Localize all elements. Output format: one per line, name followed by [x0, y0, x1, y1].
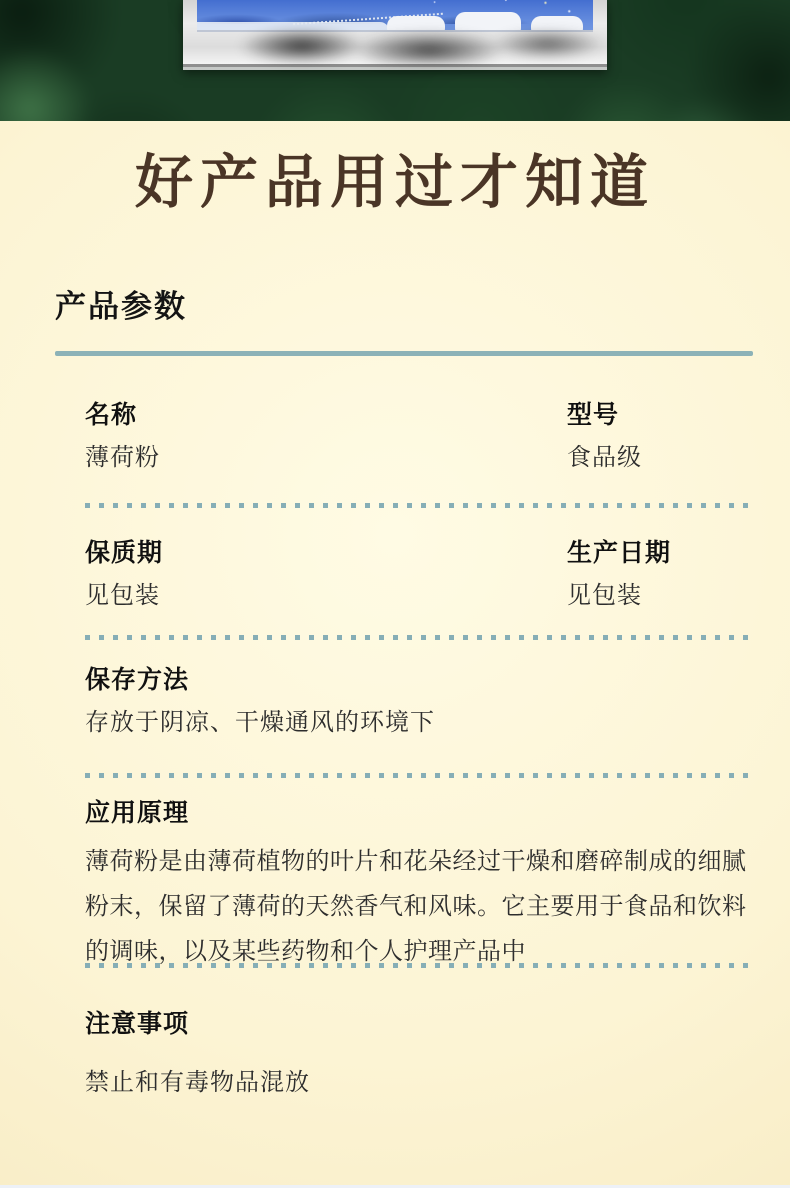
page-title: 好产品用过才知道 — [0, 152, 790, 214]
param-cell: 型号 食品级 — [567, 399, 755, 474]
product-detail-page: 好产品用过才知道 产品参数 名称 薄荷粉 型号 食品级 保质期 见包装 生产日期… — [0, 0, 790, 1188]
param-value: 食品级 — [567, 442, 755, 474]
param-label: 型号 — [567, 399, 755, 431]
param-cell: 名称 薄荷粉 — [85, 399, 567, 474]
param-row-precautions: 注意事项 禁止和有毒物品混放 — [85, 1008, 755, 1099]
param-row-name-model: 名称 薄荷粉 型号 食品级 — [85, 399, 755, 474]
param-cell: 生产日期 见包装 — [567, 537, 755, 612]
leaf-shadow-decoration — [183, 24, 607, 64]
param-row-principle: 应用原理 薄荷粉是由薄荷植物的叶片和花朵经过干燥和磨碎制成的细腻粉末，保留了薄荷… — [85, 797, 755, 974]
param-value: 薄荷粉 — [85, 442, 567, 474]
dotted-divider — [85, 773, 755, 778]
dotted-divider — [85, 963, 755, 968]
param-label: 注意事项 — [85, 1008, 755, 1040]
section-heading: 产品参数 — [55, 281, 187, 326]
param-value: 禁止和有毒物品混放 — [85, 1067, 755, 1099]
param-label: 名称 — [85, 399, 567, 431]
param-row-shelflife-date: 保质期 见包装 生产日期 见包装 — [85, 537, 755, 612]
param-value: 见包装 — [85, 580, 567, 612]
param-value: 见包装 — [567, 580, 755, 612]
param-label: 保质期 — [85, 537, 567, 569]
param-cell: 保质期 见包装 — [85, 537, 567, 612]
param-label: 生产日期 — [567, 537, 755, 569]
param-value: 存放于阴凉、干燥通风的环境下 — [85, 707, 755, 739]
accent-divider-line — [55, 351, 753, 356]
param-row-storage: 保存方法 存放于阴凉、干燥通风的环境下 — [85, 664, 755, 739]
dotted-divider — [85, 635, 755, 640]
photo-frame — [183, 0, 607, 67]
dotted-divider — [85, 503, 755, 508]
param-label: 应用原理 — [85, 797, 755, 829]
product-photo — [0, 0, 790, 121]
param-value: 薄荷粉是由薄荷植物的叶片和花朵经过干燥和磨碎制成的细腻粉末，保留了薄荷的天然香气… — [85, 839, 755, 974]
param-label: 保存方法 — [85, 664, 755, 696]
